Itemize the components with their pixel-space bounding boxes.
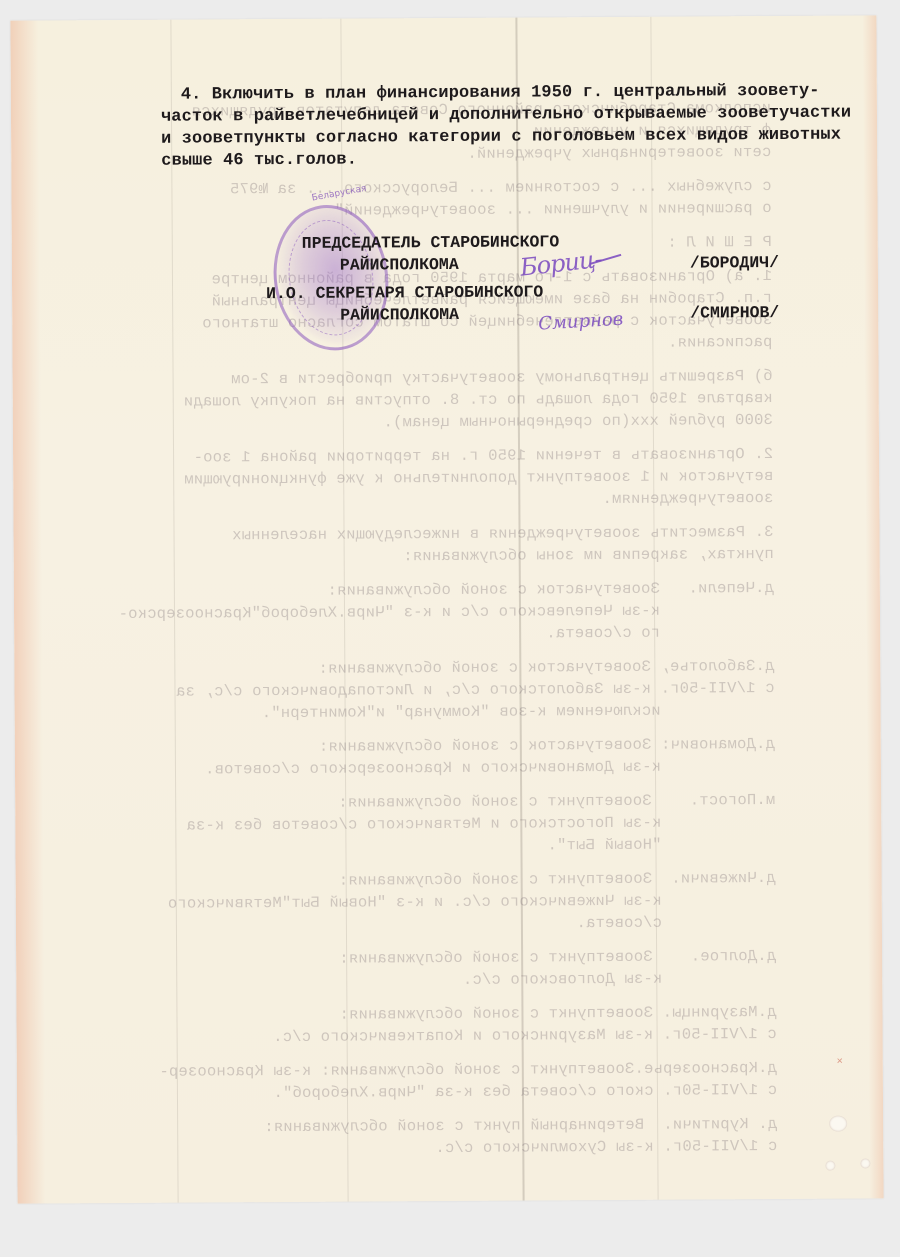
paragraph-line: свыше 46 тыс.голов.	[161, 146, 881, 172]
paragraph-4: 4. Включить в план финансирования 1950 г…	[161, 80, 882, 172]
document-page: исполкома Старобинского районного Совета…	[10, 15, 883, 1203]
bleed-through-line: к-зы Домановичского и Красноозерского с/…	[55, 756, 775, 780]
bleed-through-line: ветучасток и 1 зооветпункт дополнительно…	[53, 466, 773, 490]
bleed-through-line: д.Доманович: Зооветучасток с зоной обслу…	[55, 734, 775, 758]
bleed-through-line: о расширении и улучшении ... зооветучреж…	[52, 198, 772, 222]
bleed-through-line: "Новый Быт".	[55, 834, 775, 858]
paper-mark: ✕	[837, 1056, 843, 1068]
bleed-through-line: к-зы Погостского и Метявичского с/совето…	[55, 812, 775, 836]
bleed-through-line: с 1/VII-50г. к-зы Сухомличского с/с.	[57, 1136, 777, 1160]
bleed-through-line: исключением к-зов "Коммунар" и"Коминтерн…	[55, 700, 775, 724]
paper-hole	[825, 1161, 835, 1171]
bleed-through-line: расписания.	[52, 332, 772, 356]
paper-hole	[860, 1158, 870, 1168]
bleed-through-line: с служебных ... с состоянием ... Белорус…	[51, 176, 771, 200]
bleed-through-line: д.Мазуринцы. Зооветпункт с зоной обслужи…	[56, 1002, 776, 1026]
bleed-through-line: д.Красноозерье.Зооветпункт с зоной обслу…	[57, 1058, 777, 1082]
bleed-through-line: с 1/VII-50г. ского с/совета без к-за "Чи…	[57, 1080, 777, 1104]
bleed-through-line: квартале 1950 года лошадь по ст. 8. отпу…	[53, 388, 773, 412]
chairman-title-line-2: РАЙИСПОЛКОМА	[340, 255, 459, 275]
bleed-through-line: с 1/VII-50г. к-зы Мазуринского и Копатке…	[57, 1024, 777, 1048]
bleed-through-line: зооветучреждениям.	[53, 488, 773, 512]
bleed-through-line: 2. Организовать в течении 1950 г. на тер…	[53, 444, 773, 468]
chairman-name: /БОРОДИЧ/	[690, 252, 779, 275]
bleed-through-line: д.Чижевичи. Зооветпункт с зоной обслужив…	[56, 868, 776, 892]
bleed-through-line: с 1/VII-50г. к-зы Заболотского с/с, и Ли…	[54, 678, 774, 702]
secretary-title-line-2: РАЙИСПОЛКОМА	[340, 305, 459, 325]
bleed-through-line: 3. Разместить зооветучреждения в нижесле…	[53, 522, 773, 546]
bleed-through-line: м.Погост. Зооветпункт с зоной обслуживан…	[55, 790, 775, 814]
secretary-name: /СМИРНОВ/	[690, 302, 779, 325]
bleed-through-line: к-зы Долговского с/с.	[56, 968, 776, 992]
bleed-through-line: пунктах, закрепив им зоны обслуживания:	[54, 544, 774, 568]
paper-hole	[829, 1116, 847, 1132]
bleed-through-line: к-зы Чижевичского с/с. и к-з "Новый Быт"…	[56, 890, 776, 914]
bleed-through-line: 3000 рублей ххх(по среднерыночным ценам)…	[53, 410, 773, 434]
bleed-through-line: д. Куритичи. Ветеринарный пункт с зоной …	[57, 1114, 777, 1138]
bleed-through-line: д.Чепели. Зооветучасток с зоной обслужив…	[54, 578, 774, 602]
bleed-through-line: к-зы Чепелевского с/с и к-з "Чирв.Хлебор…	[54, 600, 774, 624]
paragraph-line: и зооветпункты согласно категории с пого…	[161, 124, 881, 150]
bleed-through-line: го с/совета.	[54, 622, 774, 646]
bleed-through-line: д.Заболотье, Зооветучасток с зоной обслу…	[54, 656, 774, 680]
bleed-through-line: с/совета.	[56, 912, 776, 936]
bleed-through-line: б) Разрешить центральному зооветучастку …	[53, 366, 773, 390]
bleed-through-line: д.Долгое. Зооветпункт с зоной обслуживан…	[56, 946, 776, 970]
